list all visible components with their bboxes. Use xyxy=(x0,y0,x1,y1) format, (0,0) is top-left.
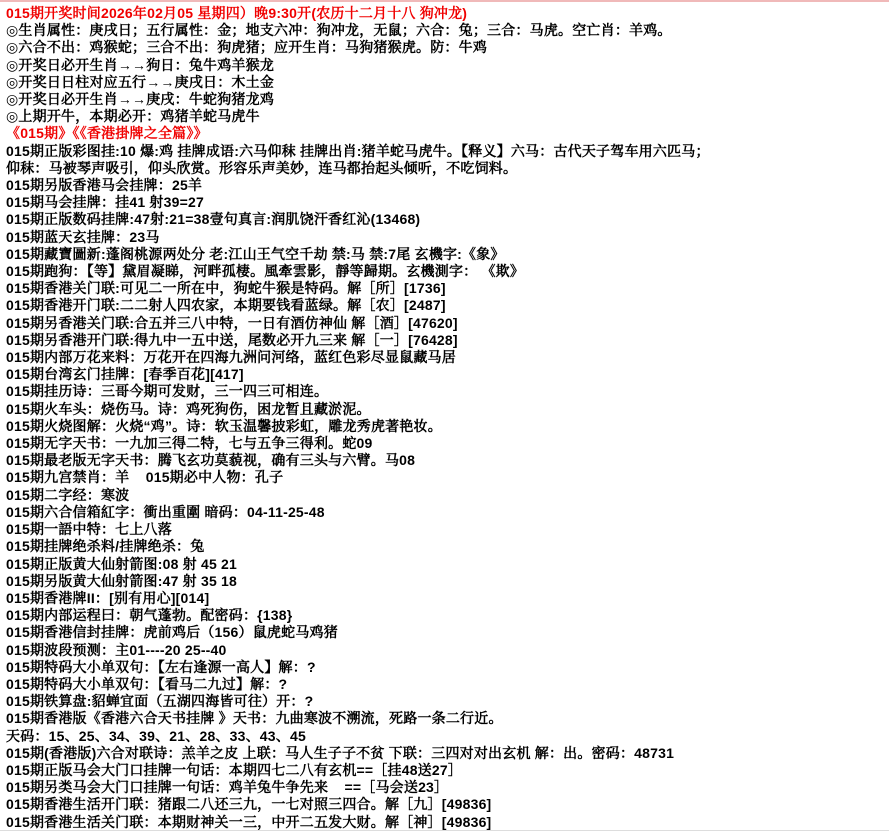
text-line: 015期特码大小单双句：【看马二九过】解：? xyxy=(6,676,887,693)
text-line: 015期香港生活关门联：本期财神关一三，中开二五发大财。解［神］[49836] xyxy=(6,814,887,831)
text-line: 015期香港版《香港六合天书挂牌 》天书：九曲寒波不溯流，死路一条二行近。 xyxy=(6,710,887,727)
text-line: 015期正版黄大仙射箭图:08 射 45 21 xyxy=(6,556,887,573)
text-line: 015期内部万花来料：万花开在四海九洲问河络，蓝红色彩尽显鼠藏马居 xyxy=(6,349,887,366)
text-line: 015期另版黄大仙射箭图:47 射 35 18 xyxy=(6,573,887,590)
lottery-tips-page: 015期开奖时间2026年02月05 星期四）晚9:30开(农历十二月十八 狗冲… xyxy=(0,0,889,831)
text-line: 015期二字经：寒波 xyxy=(6,487,887,504)
text-line: 015期无字天书：一九加三得二特，七与五争三得利。蛇09 xyxy=(6,435,887,452)
text-line: 015期铁算盘:貂蝉宜面（五湖四海皆可往）开：? xyxy=(6,693,887,710)
text-line: 015期火车头：烧伤马。诗：鸡死狗伤，困龙暂且藏淤泥。 xyxy=(6,401,887,418)
text-line: 015期挂历诗：三哥今期可发财，三一四三可相连。 xyxy=(6,383,887,400)
text-line: 仰秣：马被琴声吸引，仰头欣赏。形容乐声美妙，连马都抬起头倾听，不吃饲料。 xyxy=(6,160,887,177)
red-highlight-line: 015期开奖时间2026年02月05 星期四）晚9:30开(农历十二月十八 狗冲… xyxy=(6,5,887,22)
text-line: 015期正版彩图挂:10 爆:鸡 挂牌成语:六马仰秣 挂牌出肖:猪羊蛇马虎牛。【… xyxy=(6,143,887,160)
text-line: ◎开奖日必开生肖→→狗日：兔牛鸡羊猴龙 xyxy=(6,57,887,74)
text-line: 015期台湾玄门挂牌：[春季百花][417] xyxy=(6,366,887,383)
text-line: 015期挂牌绝杀料/挂牌绝杀：兔 xyxy=(6,538,887,555)
text-line: 015期特码大小单双句：【左右逢源一高人】解：? xyxy=(6,659,887,676)
text-line: 015期另香港开门联:得九中一五中送，尾数必开九三来 解［一］[76428] xyxy=(6,332,887,349)
text-line: 015期另版香港马会挂牌：25羊 xyxy=(6,177,887,194)
text-line: 015期火烧图解：火烧“鸡”。诗：软玉温馨披彩虹，雕龙秀虎著艳妆。 xyxy=(6,418,887,435)
text-line: ◎生肖属性：庚戌日；五行属性：金；地支六冲：狗冲龙，无鼠；六合：兔；三合：马虎。… xyxy=(6,22,887,39)
text-line: 015期波段预测：主01----20 25--40 xyxy=(6,642,887,659)
red-highlight-line: 《015期》《《香港掛牌之全篇》》 xyxy=(6,125,887,142)
text-line: 015期跑狗：【等】黛眉凝睇，河畔孤棲。風牽雲影，靜等歸期。玄機測字： 《欺》 xyxy=(6,263,887,280)
text-line: 015期一語中特：七上八落 xyxy=(6,521,887,538)
text-line: 015期六合信箱紅字：衝出重圍 暗码：04-11-25-48 xyxy=(6,504,887,521)
text-line: ◎开奖日日柱对应五行→→庚戌日：木土金 xyxy=(6,74,887,91)
text-line: 015期最老版无字天书：腾飞玄功莫藐视，确有三头与六臂。马08 xyxy=(6,452,887,469)
text-line: ◎开奖日必开生肖→→庚戌：牛蛇狗猪龙鸡 xyxy=(6,91,887,108)
text-line: 015期内部运程曰：朝气蓬勃。配密码：{138} xyxy=(6,607,887,624)
text-line: 015期香港牌II：[别有用心][014] xyxy=(6,590,887,607)
text-line: 015期藏寶圖新:蓬阁桃源两处分 老:江山王气空千劫 禁:马 禁:7尾 玄機字:… xyxy=(6,246,887,263)
text-line: 015期九宫禁肖：羊 015期必中人物：孔子 xyxy=(6,469,887,486)
text-line: 015期正版数码挂牌:47射:21=38壹句真言:润肌饶汗香红沁(13468) xyxy=(6,211,887,228)
text-line: 015期香港信封挂牌：虎前鸡后（156）鼠虎蛇马鸡猪 xyxy=(6,624,887,641)
text-line: 015期(香港版)六合对联诗：羔羊之皮 上联：马人生子子不贫 下联：三四对对出玄… xyxy=(6,745,887,762)
text-line: 015期另类马会大门口挂牌一句话：鸡羊兔牛争先来 ==［马会送23］ xyxy=(6,779,887,796)
text-line: 015期香港开门联:二二射人四农家，本期要钱看蓝绿。解［农］[2487] xyxy=(6,297,887,314)
text-line: ◎上期开牛，本期必开：鸡猪羊蛇马虎牛 xyxy=(6,108,887,125)
text-line: 015期香港关门联:可见二一所在中，狗蛇牛猴是特码。解［所］[1736] xyxy=(6,280,887,297)
text-line: 天码：15、25、34、39、21、28、33、43、45 xyxy=(6,728,887,745)
text-line: 015期另香港关门联:合五并三八中特，一日有酒仿神仙 解［酒］[47620] xyxy=(6,315,887,332)
text-line: ◎六合不出：鸡猴蛇；三合不出：狗虎猪；应开生肖：马狗猪猴虎。防：牛鸡 xyxy=(6,39,887,56)
text-line: 015期马会挂牌：挂41 射39=27 xyxy=(6,194,887,211)
text-lines-container: 015期开奖时间2026年02月05 星期四）晚9:30开(农历十二月十八 狗冲… xyxy=(0,2,889,831)
text-line: 015期正版马会大门口挂牌一句话：本期四七二八有玄机==［挂48送27］ xyxy=(6,762,887,779)
text-line: 015期香港生活开门联：猪跟二八还三九，一七对照三四合。解［九］[49836] xyxy=(6,796,887,813)
text-line: 015期蓝天玄挂牌：23马 xyxy=(6,229,887,246)
